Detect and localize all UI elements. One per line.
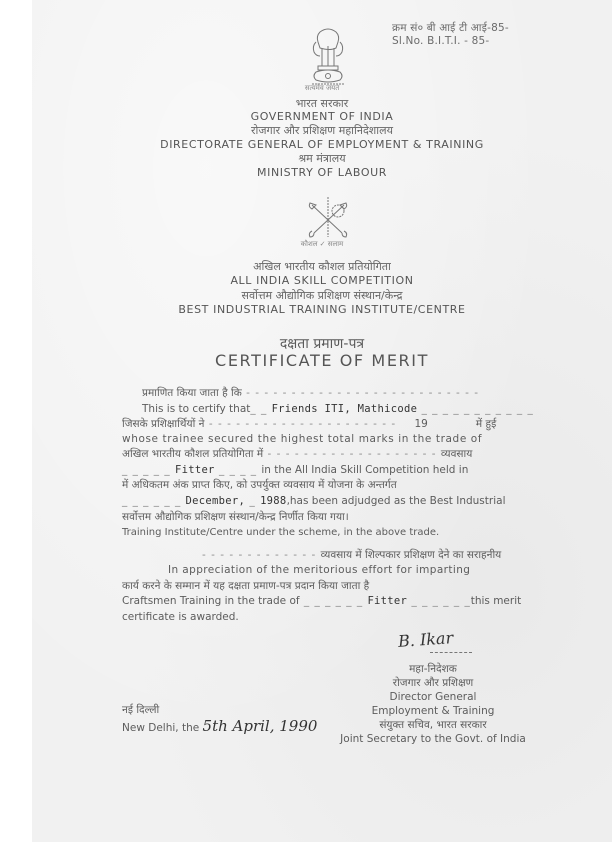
certificate-title-english: CERTIFICATE OF MERIT	[32, 351, 612, 370]
signatory-rank-english: Joint Secretary to the Govt. of India	[318, 732, 548, 746]
trade-field-2: Fitter	[367, 595, 407, 607]
signatory-block: महा-निदेशक रोजगार और प्रशिक्षण Director …	[318, 662, 548, 746]
competition-ref-hindi: अखिल भारतीय कौशल प्रतियोगिता में	[122, 448, 263, 460]
ministry-hindi: श्रम मंत्रालय	[32, 152, 612, 166]
body-line-4: whose trainee secured the highest total …	[122, 432, 482, 446]
held-month-field: December,	[186, 495, 246, 507]
signature-underline	[430, 652, 472, 653]
directorate-english: DIRECTORATE GENERAL OF EMPLOYMENT & TRAI…	[32, 138, 612, 152]
directorate-hindi: रोजगार और प्रशिक्षण महानिदेशालय	[32, 124, 612, 138]
body-line-7-hindi: में अधिकतम अंक प्राप्त किए, को उपर्युक्त…	[122, 478, 397, 492]
trade-word-hindi: व्यवसाय	[441, 448, 472, 460]
body-line-5-hindi: अखिल भारतीय कौशल प्रतियोगिता में - - - -…	[122, 447, 472, 461]
award-english: BEST INDUSTRIAL TRAINING INSTITUTE/CENTR…	[32, 303, 612, 317]
adjudged-text: ,has been adjudged as the Best Industria…	[287, 495, 506, 507]
ministry-english: MINISTRY OF LABOUR	[32, 166, 612, 180]
signatory-title-hindi: महा-निदेशक	[318, 662, 548, 676]
trainees-hindi: जिसके प्रशिक्षार्थियों ने	[122, 418, 205, 430]
body-line-1-hindi: प्रमाणित किया जाता है कि - - - - - - - -…	[142, 386, 479, 400]
award-hindi: सर्वोत्तम औद्योगिक प्रशिक्षण संस्थान/केन…	[32, 289, 612, 303]
place-hindi: नई दिल्ली	[122, 703, 159, 717]
body-line-8: _ _ _ _ _ _ December, _ 1988,has been ad…	[122, 494, 505, 508]
appreciation-hindi: व्यवसाय में शिल्पकार प्रशिक्षण देने का स…	[321, 549, 502, 561]
signatory-dept-english: Employment & Training	[318, 704, 548, 718]
place-date-line: New Delhi, the 5th April, 1990	[122, 719, 317, 735]
signatory-dept-hindi: रोजगार और प्रशिक्षण	[318, 676, 548, 690]
handwritten-date: 5th April, 1990	[203, 717, 318, 735]
body-line-14: Craftsmen Training in the trade of _ _ _…	[122, 594, 521, 608]
craftsmen-text: Craftsmen Training in the trade of	[122, 595, 300, 607]
serial-number-hindi: क्रम सं० बी आई टी आई-85-	[392, 22, 509, 35]
signatory-title-english: Director General	[318, 690, 548, 704]
competition-held-text: in the All India Skill Competition held …	[261, 464, 468, 476]
certify-english: This is to certify that	[142, 403, 250, 415]
skill-logo-caption: कौशल ✓ सलाम	[32, 240, 612, 249]
body-line-6: _ _ _ _ _ Fitter _ _ _ _ in the All Indi…	[122, 463, 468, 477]
held-year-field: 1988	[260, 495, 287, 507]
trade-field: Fitter	[175, 464, 215, 476]
institute-name-field: Friends ITI, Mathicode	[272, 403, 418, 415]
body-line-2: This is to certify that_ _ Friends ITI, …	[142, 402, 534, 416]
competition-english: ALL INDIA SKILL COMPETITION	[32, 274, 612, 288]
body-line-12: In appreciation of the meritorious effor…	[168, 563, 470, 577]
body-line-10: Training Institute/Centre under the sche…	[122, 526, 439, 540]
merit-text: this merit	[471, 595, 522, 607]
body-line-13-hindi: कार्य करने के सम्मान में यह दक्षता प्रमा…	[122, 579, 369, 593]
serial-number-english: Sl.No. B.I.T.I. - 85-	[392, 35, 509, 48]
year-prefix: 19	[415, 418, 428, 430]
serial-number: क्रम सं० बी आई टी आई-85- Sl.No. B.I.T.I.…	[392, 22, 509, 48]
emblem-caption: सत्यमेव जयते	[32, 84, 612, 93]
government-hindi: भारत सरकार	[32, 97, 612, 111]
body-line-15: certificate is awarded.	[122, 610, 239, 624]
signature: B. Ikar	[397, 628, 453, 651]
competition-hindi: अखिल भारतीय कौशल प्रतियोगिता	[32, 260, 612, 274]
body-line-11-hindi: - - - - - - - - - - - - - व्यवसाय में शि…	[202, 548, 501, 562]
body-line-3-hindi: जिसके प्रशिक्षार्थियों ने - - - - - - - …	[122, 417, 496, 431]
new-delhi-text: New Delhi, the	[122, 722, 199, 734]
government-english: GOVERNMENT OF INDIA	[32, 110, 612, 124]
certify-hindi: प्रमाणित किया जाता है कि	[142, 387, 242, 399]
held-hindi: में हुई	[476, 418, 496, 430]
body-line-9-hindi: सर्वोत्तम औद्योगिक प्रशिक्षण संस्थान/केन…	[122, 510, 349, 524]
signatory-rank-hindi: संयुक्त सचिव, भारत सरकार	[318, 718, 548, 732]
